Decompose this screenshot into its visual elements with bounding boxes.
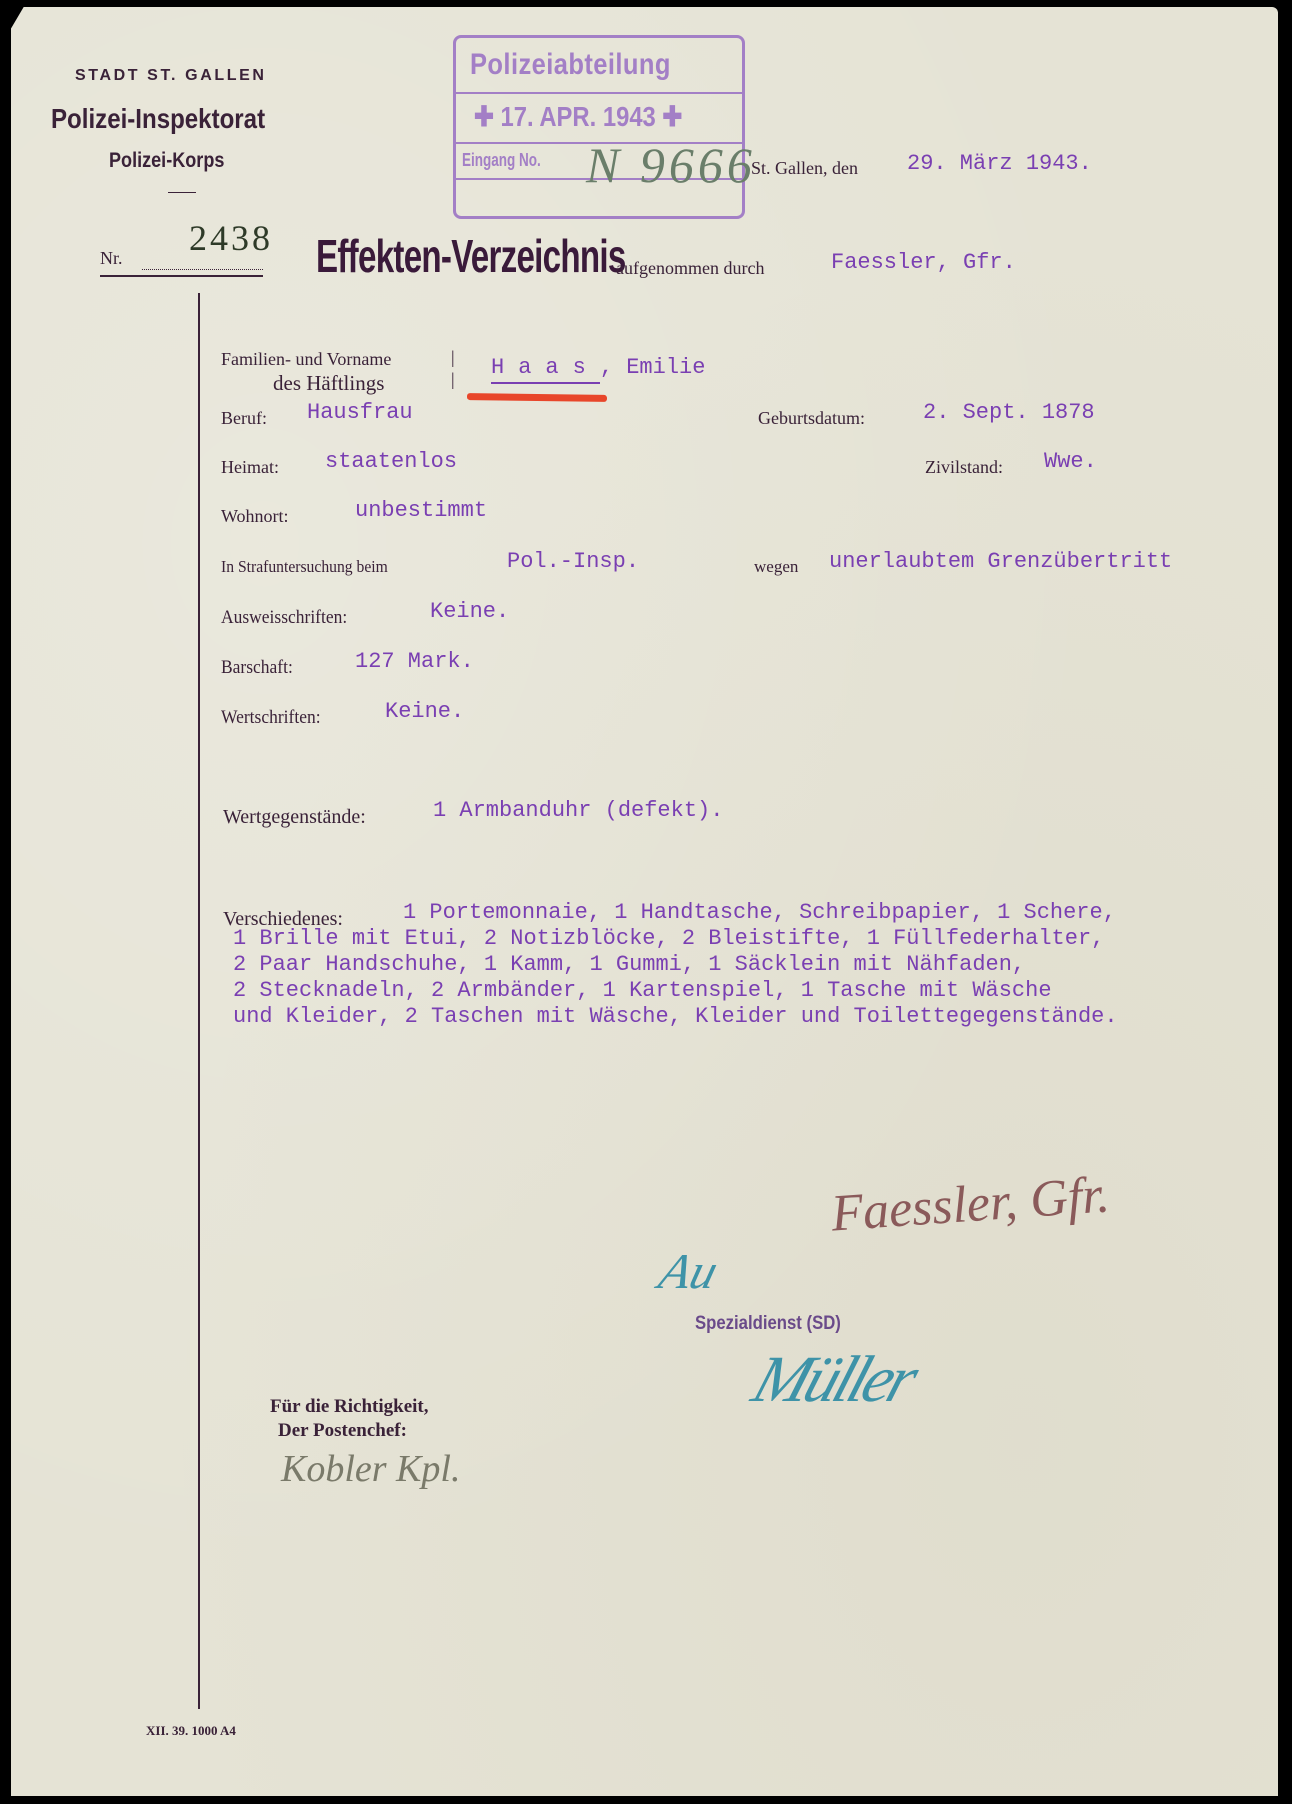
red-pencil-underline [467, 393, 607, 402]
letterhead-city: STADT ST. GALLEN [75, 67, 267, 85]
document-page: STADT ST. GALLEN Polizei-Inspektorat Pol… [11, 7, 1278, 1796]
occupation-label: Beruf: [221, 408, 267, 429]
reason-value: unerlaubtem Grenzübertritt [829, 549, 1172, 574]
detainee-name: Haas, Emilie [491, 355, 705, 380]
letterhead-department: Polizei-Inspektorat [51, 103, 265, 135]
civil-status-label: Zivilstand: [925, 457, 1003, 478]
record-number-underline [100, 275, 263, 277]
document-title: Effekten-Verzeichnis [316, 229, 626, 283]
place-date-label: St. Gallen, den [751, 158, 858, 179]
civil-status-value: Wwe. [1044, 449, 1097, 474]
receipt-stamp: Polizeiabteilung ✚ 17. APR. 1943 ✚ Einga… [453, 35, 745, 219]
stamp-divider [456, 92, 742, 94]
birth-date-label: Geburtsdatum: [758, 408, 865, 429]
stamp-date: ✚ 17. APR. 1943 ✚ [474, 100, 682, 133]
sd-stamp: Spezialdienst (SD) [695, 1313, 841, 1335]
residence-label: Wohnort: [221, 506, 289, 527]
form-code: XII. 39. 1000 A4 [146, 1723, 236, 1739]
record-number-label: Nr. [100, 248, 123, 269]
detainee-given-name: Emilie [626, 355, 705, 380]
residence-value: unbestimmt [355, 498, 487, 523]
miscellaneous-line: 1 Brille mit Etui, 2 Notizblöcke, 2 Blei… [233, 926, 1104, 953]
reason-label: wegen [754, 557, 798, 577]
name-label-line2: des Häftlings [273, 371, 384, 396]
bracket-mark: | [451, 347, 455, 368]
detainee-surname: Haas [491, 355, 600, 384]
miscellaneous-line: 2 Stecknadeln, 2 Armbänder, 1 Kartenspie… [233, 978, 1052, 1005]
valuables-label: Wertgegenstände: [223, 806, 366, 829]
recorded-by-value: Faessler, Gfr. [831, 250, 1016, 275]
home-value: staatenlos [325, 449, 457, 474]
record-number-dotted-line [142, 269, 263, 270]
letterhead-divider [168, 192, 196, 193]
initials-signature: Au [653, 1242, 724, 1300]
miscellaneous-line: und Kleider, 2 Taschen mit Wäsche, Kleid… [233, 1004, 1118, 1031]
letterhead-unit: Polizei-Korps [109, 149, 224, 173]
id-papers-value: Keine. [430, 599, 509, 624]
cash-label: Barschaft: [221, 657, 293, 679]
id-papers-label: Ausweisschriften: [221, 607, 347, 629]
miscellaneous-line: 2 Paar Handschuhe, 1 Kamm, 1 Gummi, 1 Sä… [233, 952, 1025, 979]
miscellaneous-line: 1 Portemonnaie, 1 Handtasche, Schreibpap… [403, 900, 1116, 925]
cash-value: 127 Mark. [355, 649, 474, 674]
birth-date-value: 2. Sept. 1878 [923, 400, 1095, 425]
name-separator: , [600, 355, 626, 380]
home-label: Heimat: [221, 457, 279, 478]
recorder-signature: Faessler, Gfr. [829, 1165, 1111, 1243]
record-number-value: 2438 [189, 217, 273, 259]
securities-label: Wertschriften: [221, 707, 321, 729]
sd-signature: Müller [744, 1342, 924, 1418]
recorded-by-label: aufgenommen durch [616, 258, 764, 279]
occupation-value: Hausfrau [307, 400, 413, 425]
stamp-entry-label: Eingang No. [462, 150, 541, 171]
bracket-mark: | [451, 369, 455, 390]
investigation-label: In Strafuntersuchung beim [221, 557, 388, 577]
post-chief-signature: Kobler Kpl. [281, 1447, 460, 1491]
investigation-value: Pol.-Insp. [507, 549, 639, 574]
certification-line1: Für die Richtigkeit, [270, 1396, 429, 1418]
document-date: 29. März 1943. [907, 151, 1092, 176]
securities-value: Keine. [385, 699, 464, 724]
valuables-value: 1 Armbanduhr (defekt). [433, 798, 723, 823]
margin-rule [198, 293, 200, 1709]
name-label-line1: Familien- und Vorname [221, 349, 391, 370]
certification-line2: Der Postenchef: [278, 1420, 407, 1442]
stamp-office: Polizeiabteilung [470, 48, 671, 82]
stamp-entry-number: N 9666 [586, 136, 756, 194]
